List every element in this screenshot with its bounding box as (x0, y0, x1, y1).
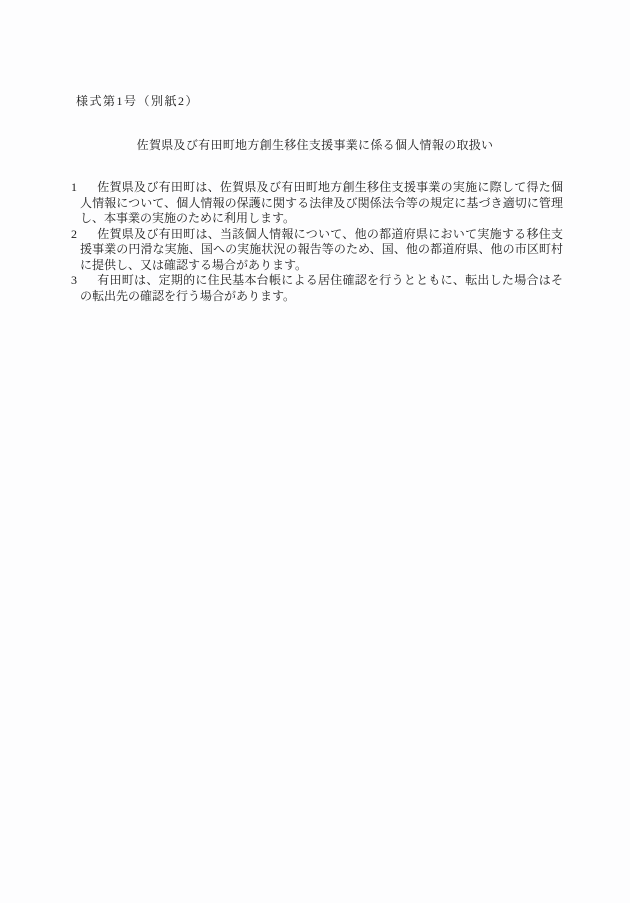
clause-number: 2 (71, 227, 97, 243)
clause-number: 3 (71, 273, 97, 289)
document-title: 佐賀県及び有田町地方創生移住支援事業に係る個人情報の取扱い (0, 137, 630, 153)
form-number-label: 様式第1号（別紙2） (76, 94, 199, 109)
clause-item-2: 2佐賀県及び有田町は、当該個人情報について、他の都道府県において実施する移住支援… (71, 227, 563, 274)
clause-number: 1 (71, 180, 97, 196)
document-page: 様式第1号（別紙2） 佐賀県及び有田町地方創生移住支援事業に係る個人情報の取扱い… (0, 0, 630, 903)
clause-item-1: 1佐賀県及び有田町は、佐賀県及び有田町地方創生移住支援事業の実施に際して得た個人… (71, 180, 563, 227)
clause-text: 佐賀県及び有田町は、佐賀県及び有田町地方創生移住支援事業の実施に際して得た個人情… (80, 180, 563, 225)
clause-list: 1佐賀県及び有田町は、佐賀県及び有田町地方創生移住支援事業の実施に際して得た個人… (71, 180, 563, 304)
clause-item-3: 3有田町は、定期的に住民基本台帳による居住確認を行うとともに、転出した場合はその… (71, 273, 563, 304)
clause-text: 有田町は、定期的に住民基本台帳による居住確認を行うとともに、転出した場合はその転… (80, 273, 563, 303)
clause-text: 佐賀県及び有田町は、当該個人情報について、他の都道府県において実施する移住支援事… (80, 227, 563, 272)
